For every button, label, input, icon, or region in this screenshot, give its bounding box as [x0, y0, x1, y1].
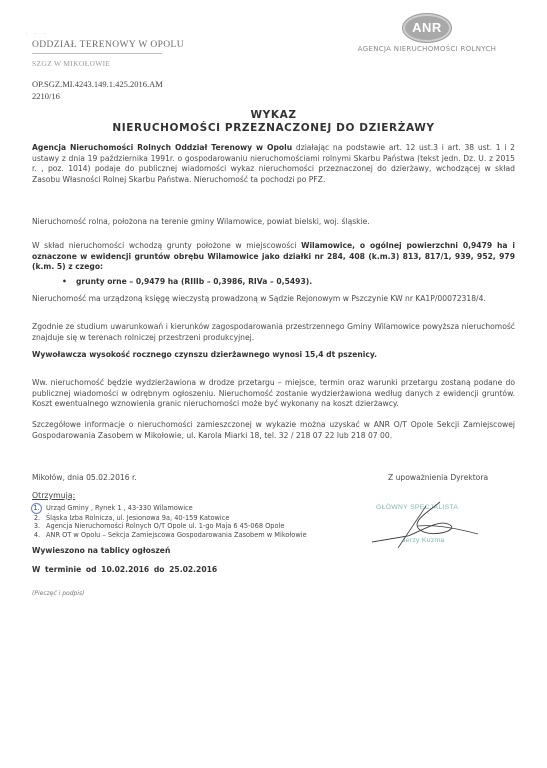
header-marks: · · ·: [26, 32, 49, 37]
list-item: 3.Agencja Nieruchomości Rolnych O/T Opol…: [28, 522, 307, 530]
anr-logo-icon: ANR: [403, 14, 451, 42]
city-date: Mikołów, dnia 05.02.2016 r.: [32, 473, 137, 482]
recipients-title: Otrzymują:: [32, 491, 75, 500]
land-type-text: grunty orne – 0,9479 ha (RIIIb – 0,3986,…: [76, 277, 312, 286]
authorization-note: Z upoważnienia Dyrektora: [388, 473, 488, 482]
paragraph-legal-basis: Agencja Nieruchomości Rolnych Oddział Te…: [32, 143, 515, 185]
paragraph-land-register: Nieruchomość ma urządzoną księgę wieczys…: [32, 294, 515, 305]
bullet-icon: •: [62, 277, 76, 286]
paragraph-parcels: W skład nieruchomości wchodzą grunty poł…: [32, 241, 515, 273]
reference-code: OP.SGZ.MI.4243.149.1.425.2016.AM: [32, 78, 184, 90]
paragraph-tender: Ww. nieruchomość będzie wydzierżawiona w…: [32, 378, 515, 410]
office-name: ODDZIAŁ TERENOWY W OPOLU: [32, 40, 184, 50]
paragraph-location: Nieruchomość rolna, położona na terenie …: [32, 217, 515, 228]
document-subtitle: NIERUCHOMOŚCI PRZEZNACZONEJ DO DZIERŻAWY: [0, 122, 547, 134]
posting-term: W terminie od 10.02.2016 do 25.02.2016: [32, 565, 217, 574]
recipients-list: 1.Urząd Gminy , Rynek 1 , 43-330 Wilamow…: [28, 503, 307, 539]
signature-stamp: GŁÓWNY SPECJALISTA Jerzy Kuzma: [368, 500, 488, 552]
office-header: · · · ODDZIAŁ TERENOWY W OPOLU SZGZ W MI…: [32, 40, 184, 102]
anr-logo: ANR AGENCJA NIERUCHOMOŚCI ROLNYCH: [352, 14, 502, 53]
header-divider: [32, 53, 162, 54]
seal-note: (Pieczęć i podpis): [32, 590, 84, 597]
posted-notice: Wywieszono na tablicy ogłoszeń: [32, 546, 170, 555]
reference-block: OP.SGZ.MI.4243.149.1.425.2016.AM 2210/16: [32, 78, 184, 102]
land-type-bullet: •grunty orne – 0,9479 ha (RIIIb – 0,3986…: [62, 277, 312, 286]
signature-icon: [368, 500, 488, 552]
parcels-intro: W skład nieruchomości wchodzą grunty poł…: [32, 241, 301, 250]
list-item: 4.ANR OT w Opolu – Sekcja Zamiejscowa Go…: [28, 531, 307, 539]
reference-number: 2210/16: [32, 90, 184, 102]
list-item: 2.Śląska Izba Rolnicza, ul. Jesionowa 9a…: [28, 514, 307, 522]
list-item: 1.Urząd Gminy , Rynek 1 , 43-330 Wilamow…: [28, 503, 307, 514]
document-title: WYKAZ: [0, 109, 547, 121]
paragraph-rent: Wywoławcza wysokość rocznego czynszu dzi…: [32, 350, 515, 361]
paragraph-contact: Szczegółowe informacje o nieruchomości z…: [32, 420, 515, 441]
agency-bold-name: Agencja Nieruchomości Rolnych Oddział Te…: [32, 143, 292, 152]
agency-name: AGENCJA NIERUCHOMOŚCI ROLNYCH: [352, 45, 502, 53]
sub-office-name: SZGZ W MIKOŁOWIE: [32, 59, 184, 68]
paragraph-zoning: Zgodnie ze studium uwarunkowań i kierunk…: [32, 322, 515, 343]
